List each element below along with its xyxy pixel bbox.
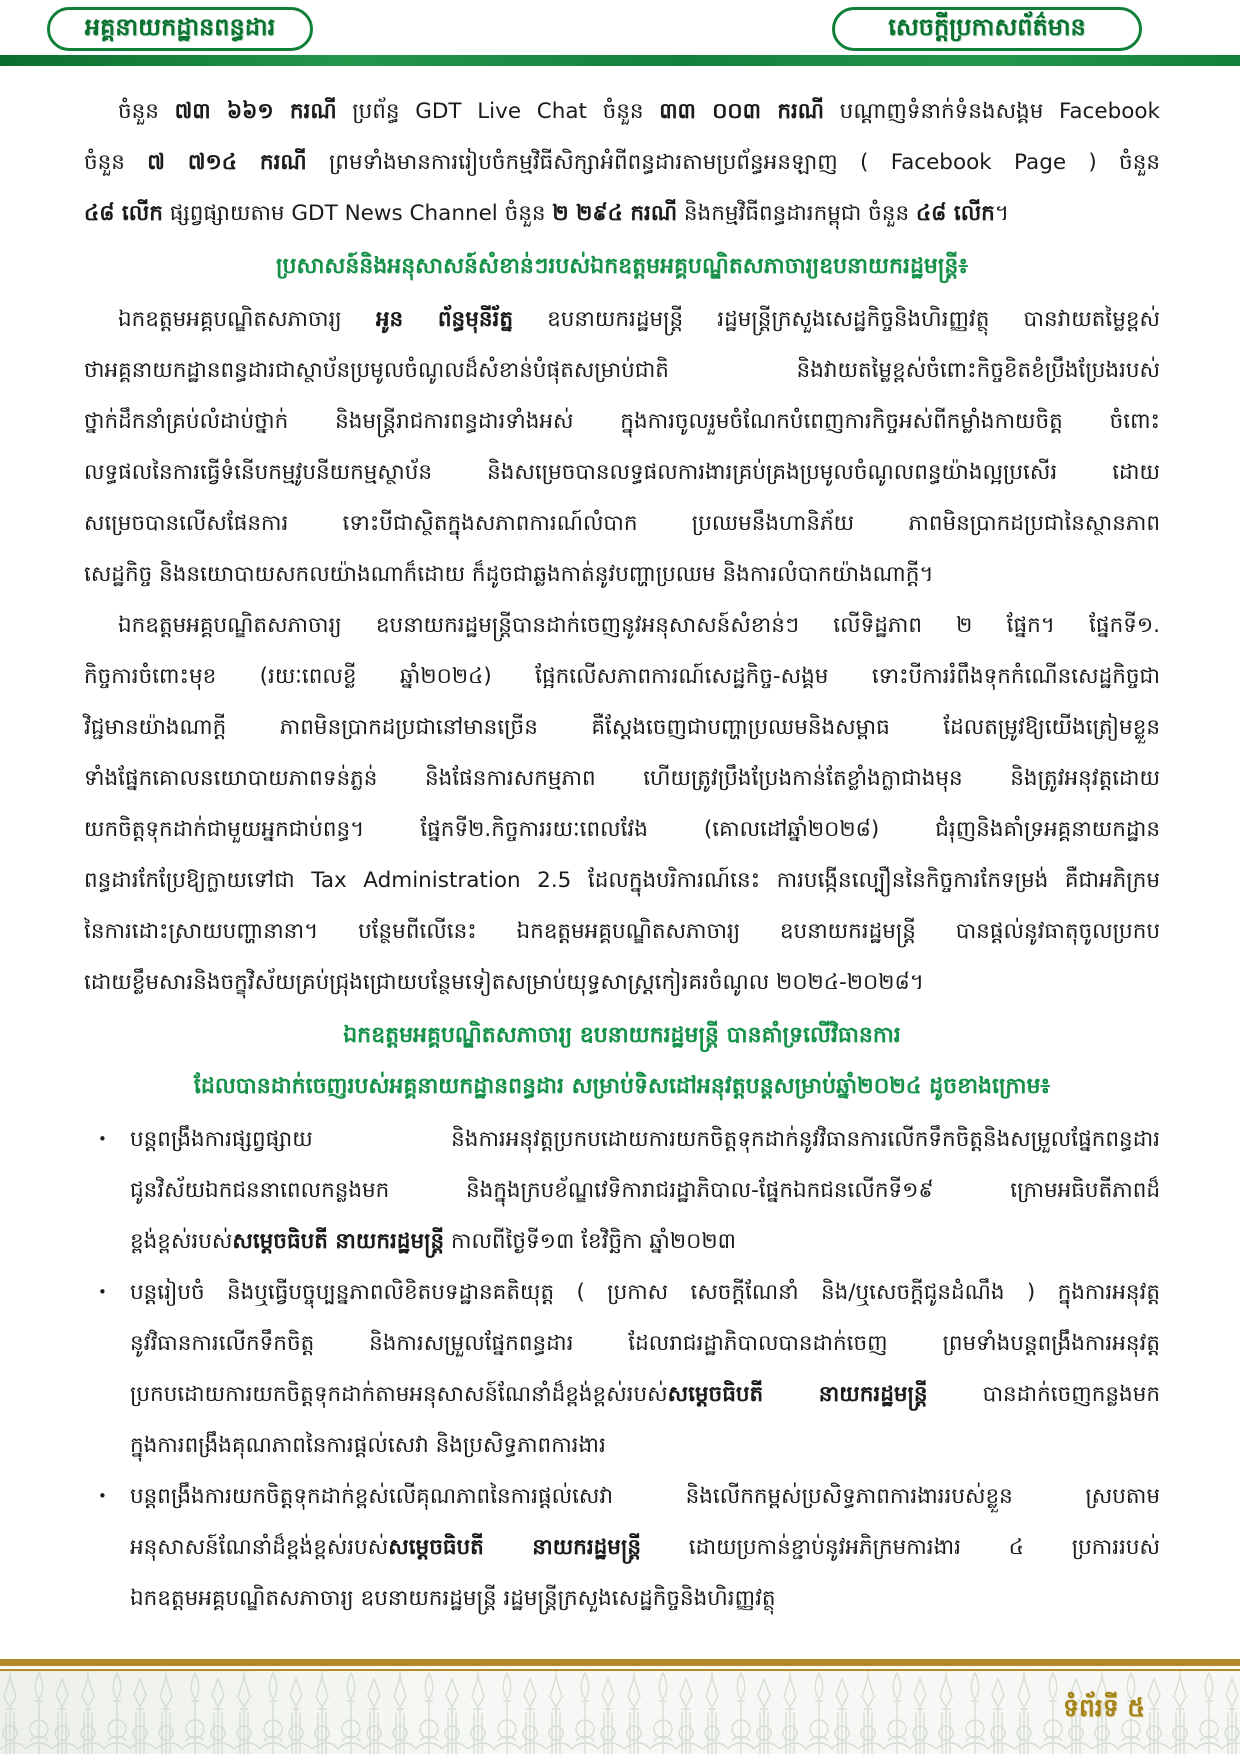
text-run: ចំនួន xyxy=(84,150,147,175)
text-run: ជូនវិស័យឯកជននាពេលកន្លងមក និងក្នុងក្របខ័ណ… xyxy=(130,1178,1160,1203)
list-item: •បន្តពង្រឹងការយកចិត្តទុកដាក់ខ្ពស់លើគុណភា… xyxy=(84,1471,1160,1624)
text-line: ទាំងផ្នែកគោលនយោបាយភាពទន់ភ្លន់ និងផែនការស… xyxy=(84,753,1160,804)
text-run: ឯកឧត្តមអគ្គបណ្ឌិតសភាចារ្យ ឧបនាយករដ្ឋមន្ត… xyxy=(343,1023,901,1048)
text-line: ថ្នាក់ដឹកនាំគ្រប់លំដាប់ថ្នាក់ និងមន្ត្រី… xyxy=(84,396,1160,447)
text-line: បន្តរៀបចំ និងឬធ្វើបច្ចុប្បន្នភាពលិខិតបទដ… xyxy=(130,1267,1160,1318)
text-line: បន្តពង្រឹងការយកចិត្តទុកដាក់ខ្ពស់លើគុណភាព… xyxy=(130,1471,1160,1522)
list-item: •បន្តរៀបចំ និងឬធ្វើបច្ចុប្បន្នភាពលិខិតបទ… xyxy=(84,1267,1160,1471)
text-line: លទ្ធផលនៃការធ្វើទំនើបកម្មវូបនីយកម្មស្ថាប័… xyxy=(84,447,1160,498)
text-run: នូវវិធានការលើកទឹកចិត្ត និងការសម្រួលផ្នែក… xyxy=(130,1331,1160,1356)
text-line: ឯកឧត្តមអគ្គបណ្ឌិតសភាចារ្យ ឧបនាយករដ្ឋមន្ត… xyxy=(130,1573,1160,1624)
page-number-label: ទំព័រទី ៥ xyxy=(1063,1693,1145,1729)
text-line: ៤៨ លើក ផ្សព្វផ្សាយតាម GDT News Channel ច… xyxy=(84,188,1160,239)
text-run: អនុសាសន៍ណែនាំដ៏ខ្ពង់ខ្ពស់របស់ xyxy=(130,1535,388,1560)
text-run: បន្តរៀបចំ និងឬធ្វើបច្ចុប្បន្នភាពលិខិតបទដ… xyxy=(130,1280,1160,1305)
bullet-text: បន្តពង្រឹងការយកចិត្តទុកដាក់ខ្ពស់លើគុណភាព… xyxy=(130,1471,1160,1624)
text-run: ។ xyxy=(995,201,1009,226)
list-item: •បន្តពង្រឹងការផ្សព្វផ្សាយ និងការអនុវត្តប… xyxy=(84,1114,1160,1267)
text-run: បន្តពង្រឹងការផ្សព្វផ្សាយ និងការអនុវត្តប្… xyxy=(130,1127,1160,1152)
text-run: ពន្ធដារកែប្រែឱ្យក្លាយទៅជា Tax Administra… xyxy=(84,868,1160,893)
footer-gold-rule xyxy=(0,1659,1240,1666)
text-run: ថ្នាក់ដឹកនាំគ្រប់លំដាប់ថ្នាក់ និងមន្ត្រី… xyxy=(84,409,1160,434)
left-banner-label: អគ្គនាយកដ្ឋានពន្ធដារ xyxy=(85,12,275,47)
bold-text-run: ៤៨ លើក xyxy=(84,201,163,226)
text-run: កាលពីថ្ងៃទី១៣ ខែវិច្ឆិកា ឆ្នាំ២០២៣ xyxy=(444,1229,736,1254)
text-line: យកចិត្តទុកដាក់ជាមួយអ្នកជាប់ពន្ធ។ ផ្នែកទី… xyxy=(84,804,1160,855)
bullet-icon: • xyxy=(84,1471,130,1624)
ornament-pattern-icon xyxy=(0,1671,1240,1754)
bold-text-run: ៧៣ ៦៦១ ករណី xyxy=(175,99,337,124)
paragraph: ឯកឧត្តមអគ្គបណ្ឌិតសភាចារ្យ អូន ព័ន្ធមុនីរ… xyxy=(84,294,1160,600)
text-line: ខ្ពង់ខ្ពស់របស់សម្តេចធិបតី នាយករដ្ឋមន្ត្រ… xyxy=(130,1216,1160,1267)
text-run: វិជ្ជមានយ៉ាងណាក្តី ភាពមិនប្រាកដប្រជានៅមា… xyxy=(84,715,1160,740)
text-run: ឯកឧត្តមអគ្គបណ្ឌិតសភាចារ្យ ឧបនាយករដ្ឋមន្ត… xyxy=(118,613,1160,638)
text-line: ឯកឧត្តមអគ្គបណ្ឌិតសភាចារ្យ ឧបនាយករដ្ឋមន្ត… xyxy=(84,600,1160,651)
text-line: បន្តពង្រឹងការផ្សព្វផ្សាយ និងការអនុវត្តប្… xyxy=(130,1114,1160,1165)
text-run: ឯកឧត្តមអគ្គបណ្ឌិតសភាចារ្យ xyxy=(118,307,376,332)
text-run: ដែលបានដាក់ចេញរបស់អគ្គនាយកដ្ឋានពន្ធដារ សម… xyxy=(194,1074,1050,1099)
header-left-banner: អគ្គនាយកដ្ឋានពន្ធដារ xyxy=(47,7,313,51)
text-run: បន្តពង្រឹងការយកចិត្តទុកដាក់ខ្ពស់លើគុណភាព… xyxy=(130,1484,1160,1509)
text-line: កិច្ចការចំពោះមុខ (រយៈពេលខ្លី ឆ្នាំ២០២៤) … xyxy=(84,651,1160,702)
text-line: ចំនួន ៧៣ ៦៦១ ករណី ប្រព័ន្ធ GDT Live Chat… xyxy=(84,86,1160,137)
text-run: សេដ្ឋកិច្ច និងនយោបាយសកលយ៉ាងណាក៏ដោយ ក៏ដូច… xyxy=(84,562,934,587)
text-line: សេដ្ឋកិច្ច និងនយោបាយសកលយ៉ាងណាក៏ដោយ ក៏ដូច… xyxy=(84,549,1160,600)
text-run: ប្រព័ន្ធ GDT Live Chat ចំនួន xyxy=(337,99,660,124)
document-footer: ទំព័រទី ៥ xyxy=(0,1659,1240,1754)
text-run: និងកម្មវិធីពន្ធដារកម្ពុជា ចំនួន xyxy=(677,201,916,226)
text-line: ប្រសាសន៍និងអនុសាសន៍សំខាន់ៗរបស់ឯកឧត្តមអគ្… xyxy=(84,241,1160,292)
header-green-rule xyxy=(0,55,1240,66)
bold-text-run: ៧ ៧១៤ ករណី xyxy=(147,150,306,175)
text-line: នៃការដោះស្រាយបញ្ហានានា។ បន្ថែមពីលើនេះ ឯក… xyxy=(84,906,1160,957)
text-run: ប្រសាសន៍និងអនុសាសន៍សំខាន់ៗរបស់ឯកឧត្តមអគ្… xyxy=(276,254,968,279)
text-run: ក្នុងការពង្រឹងគុណភាពនៃការផ្តល់សេវា និងប្… xyxy=(130,1433,606,1458)
text-line: ប្រកបដោយការយកចិត្តទុកដាក់តាមអនុសាសន៍ណែនា… xyxy=(130,1369,1160,1420)
text-line: ចំនួន ៧ ៧១៤ ករណី ព្រមទាំងមានការរៀបចំកម្ម… xyxy=(84,137,1160,188)
text-line: អនុសាសន៍ណែនាំដ៏ខ្ពង់ខ្ពស់របស់សម្តេចធិបតី… xyxy=(130,1522,1160,1573)
bold-text-run: សម្តេចធិបតី នាយករដ្ឋមន្ត្រី xyxy=(232,1229,444,1254)
text-run: ថាអគ្គនាយកដ្ឋានពន្ធដារជាស្ថាប័នប្រមូលចំណ… xyxy=(84,358,1160,383)
text-line: វិជ្ជមានយ៉ាងណាក្តី ភាពមិនប្រាកដប្រជានៅមា… xyxy=(84,702,1160,753)
text-run: ខ្ពង់ខ្ពស់របស់ xyxy=(130,1229,232,1254)
text-run: ទាំងផ្នែកគោលនយោបាយភាពទន់ភ្លន់ និងផែនការស… xyxy=(84,766,1160,791)
text-run: ឯកឧត្តមអគ្គបណ្ឌិតសភាចារ្យ ឧបនាយករដ្ឋមន្ត… xyxy=(130,1586,776,1611)
bold-text-run: សម្តេចធិបតី នាយករដ្ឋមន្ត្រី xyxy=(668,1382,928,1407)
text-line: ដោយខ្លឹមសារនិងចក្ខុវិស័យគ្រប់ជ្រុងជ្រោយប… xyxy=(84,957,1160,1008)
text-line: ក្នុងការពង្រឹងគុណភាពនៃការផ្តល់សេវា និងប្… xyxy=(130,1420,1160,1471)
text-line: ឯកឧត្តមអគ្គបណ្ឌិតសភាចារ្យ អូន ព័ន្ធមុនីរ… xyxy=(84,294,1160,345)
paragraph: ចំនួន ៧៣ ៦៦១ ករណី ប្រព័ន្ធ GDT Live Chat… xyxy=(84,86,1160,239)
section-heading: ប្រសាសន៍និងអនុសាសន៍សំខាន់ៗរបស់ឯកឧត្តមអគ្… xyxy=(84,241,1160,292)
text-line: ថាអគ្គនាយកដ្ឋានពន្ធដារជាស្ថាប័នប្រមូលចំណ… xyxy=(84,345,1160,396)
text-line: ឯកឧត្តមអគ្គបណ្ឌិតសភាចារ្យ ឧបនាយករដ្ឋមន្ត… xyxy=(84,1010,1160,1061)
text-run: ផ្សព្វផ្សាយតាម GDT News Channel ចំនួន xyxy=(163,201,553,226)
right-banner-label: សេចក្តីប្រកាសព័ត៌មាន xyxy=(888,12,1086,47)
document-header: អគ្គនាយកដ្ឋានពន្ធដារ សេចក្តីប្រកាសព័ត៌មា… xyxy=(0,0,1240,72)
bullet-text: បន្តរៀបចំ និងឬធ្វើបច្ចុប្បន្នភាពលិខិតបទដ… xyxy=(130,1267,1160,1471)
header-right-banner: សេចក្តីប្រកាសព័ត៌មាន xyxy=(832,7,1142,51)
text-run: ដោយប្រកាន់ខ្ជាប់នូវអភិក្រមការងារ ៤ ប្រកា… xyxy=(641,1535,1160,1560)
text-run: ព្រមទាំងមានការរៀបចំកម្មវិធីសិក្សាអំពីពន្… xyxy=(307,150,1160,175)
text-run: កិច្ចការចំពោះមុខ (រយៈពេលខ្លី ឆ្នាំ២០២៤) … xyxy=(84,664,1160,689)
text-run: បានដាក់ចេញកន្លងមក xyxy=(928,1382,1160,1407)
bold-text-run: ៣៣ ០០៣ ករណី xyxy=(659,99,824,124)
text-line: ដែលបានដាក់ចេញរបស់អគ្គនាយកដ្ឋានពន្ធដារ សម… xyxy=(84,1061,1160,1112)
bullet-icon: • xyxy=(84,1267,130,1471)
text-run: សម្រេចបានលើសផែនការ ទោះបីជាស្ថិតក្នុងសភាព… xyxy=(84,511,1160,536)
footer-ornament: ទំព័រទី ៥ xyxy=(0,1671,1240,1754)
bullet-text: បន្តពង្រឹងការផ្សព្វផ្សាយ និងការអនុវត្តប្… xyxy=(130,1114,1160,1267)
text-line: នូវវិធានការលើកទឹកចិត្ត និងការសម្រួលផ្នែក… xyxy=(130,1318,1160,1369)
text-run: យកចិត្តទុកដាក់ជាមួយអ្នកជាប់ពន្ធ។ ផ្នែកទី… xyxy=(84,817,1160,842)
page-root: { "header": { "left_banner": "អគ្គនាយកដ្… xyxy=(0,0,1240,1754)
text-line: ពន្ធដារកែប្រែឱ្យក្លាយទៅជា Tax Administra… xyxy=(84,855,1160,906)
section-heading: ឯកឧត្តមអគ្គបណ្ឌិតសភាចារ្យ ឧបនាយករដ្ឋមន្ត… xyxy=(84,1010,1160,1112)
text-run: ចំនួន xyxy=(118,99,175,124)
text-run: ឧបនាយករដ្ឋមន្ត្រី រដ្ឋមន្ត្រីក្រសួងសេដ្ឋ… xyxy=(513,307,1160,332)
document-body: ចំនួន ៧៣ ៦៦១ ករណី ប្រព័ន្ធ GDT Live Chat… xyxy=(0,72,1240,1624)
text-run: ប្រកបដោយការយកចិត្តទុកដាក់តាមអនុសាសន៍ណែនា… xyxy=(130,1382,668,1407)
bullet-icon: • xyxy=(84,1114,130,1267)
bold-text-run: សម្តេចធិបតី នាយករដ្ឋមន្ត្រី xyxy=(388,1535,641,1560)
text-line: ជូនវិស័យឯកជននាពេលកន្លងមក និងក្នុងក្របខ័ណ… xyxy=(130,1165,1160,1216)
text-run: ដោយខ្លឹមសារនិងចក្ខុវិស័យគ្រប់ជ្រុងជ្រោយប… xyxy=(84,970,924,995)
text-run: នៃការដោះស្រាយបញ្ហានានា។ បន្ថែមពីលើនេះ ឯក… xyxy=(84,919,1160,944)
bold-text-run: អូន ព័ន្ធមុនីរ័ត្ន xyxy=(376,307,513,332)
text-run: បណ្តាញទំនាក់ទំនងសង្គម Facebook xyxy=(824,99,1160,124)
paragraph: ឯកឧត្តមអគ្គបណ្ឌិតសភាចារ្យ ឧបនាយករដ្ឋមន្ត… xyxy=(84,600,1160,1008)
text-line: សម្រេចបានលើសផែនការ ទោះបីជាស្ថិតក្នុងសភាព… xyxy=(84,498,1160,549)
bold-text-run: ២ ២៩៤ ករណី xyxy=(552,201,677,226)
bold-text-run: ៤៨ លើក xyxy=(916,201,995,226)
text-run: លទ្ធផលនៃការធ្វើទំនើបកម្មវូបនីយកម្មស្ថាប័… xyxy=(84,460,1160,485)
